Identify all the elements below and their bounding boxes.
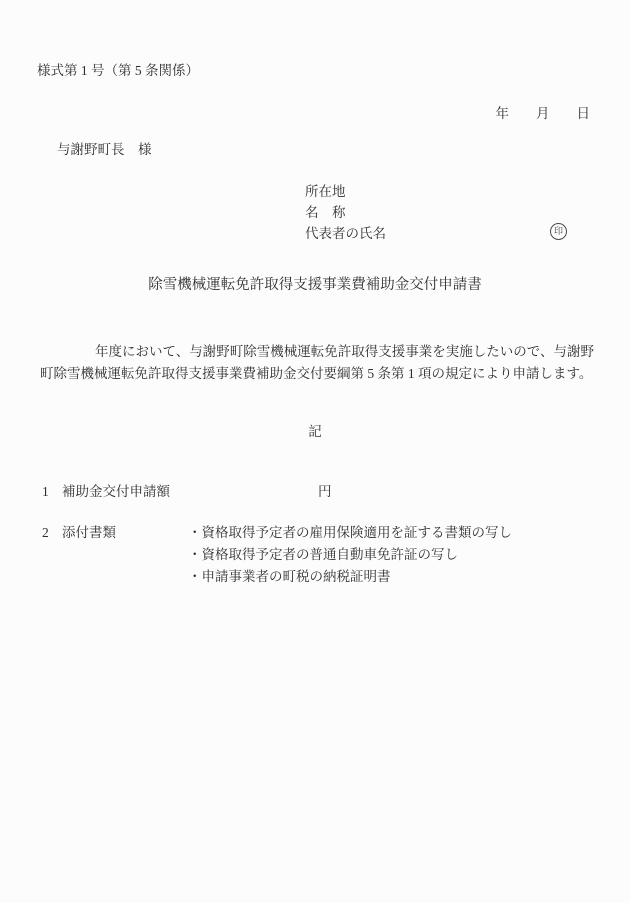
seal-character: 印 xyxy=(554,227,563,236)
form-number: 様式第 1 号（第 5 条関係） xyxy=(37,64,199,78)
record-marker: 記 xyxy=(0,425,630,439)
seal-icon: 印 xyxy=(550,223,567,240)
item-1-number: 1 xyxy=(42,485,49,499)
item-1-currency-unit: 円 xyxy=(318,485,332,499)
document-title: 除雪機械運転免許取得支援事業費補助金交付申請書 xyxy=(0,278,630,293)
body-paragraph-line-1: 年度において、与謝野町除雪機械運転免許取得支援事業を実施したいので、与謝野 xyxy=(95,345,594,359)
item-1-label: 補助金交付申請額 xyxy=(62,485,170,499)
document-page: 様式第 1 号（第 5 条関係） 年 月 日 与謝野町長 様 所在地 名 称 代… xyxy=(0,0,630,903)
attachment-list: ・資格取得予定者の雇用保険適用を証する書類の写し ・資格取得予定者の普通自動車免… xyxy=(188,526,512,592)
item-2-number: 2 xyxy=(42,526,49,540)
attachment-item: ・資格取得予定者の雇用保険適用を証する書類の写し xyxy=(188,526,512,540)
applicant-location-label: 所在地 xyxy=(305,185,346,199)
attachment-item: ・申請事業者の町税の納税証明書 xyxy=(188,570,512,584)
date-line: 年 月 日 xyxy=(400,107,590,121)
applicant-representative-label: 代表者の氏名 xyxy=(305,227,386,241)
item-2-label: 添付書類 xyxy=(62,526,116,540)
addressee: 与謝野町長 様 xyxy=(57,143,152,157)
attachment-item: ・資格取得予定者の普通自動車免許証の写し xyxy=(188,548,512,562)
body-paragraph-line-2: 町除雪機械運転免許取得支援事業費補助金交付要綱第 5 条第 1 項の規定により申… xyxy=(40,367,592,381)
applicant-name-label: 名 称 xyxy=(305,206,346,220)
